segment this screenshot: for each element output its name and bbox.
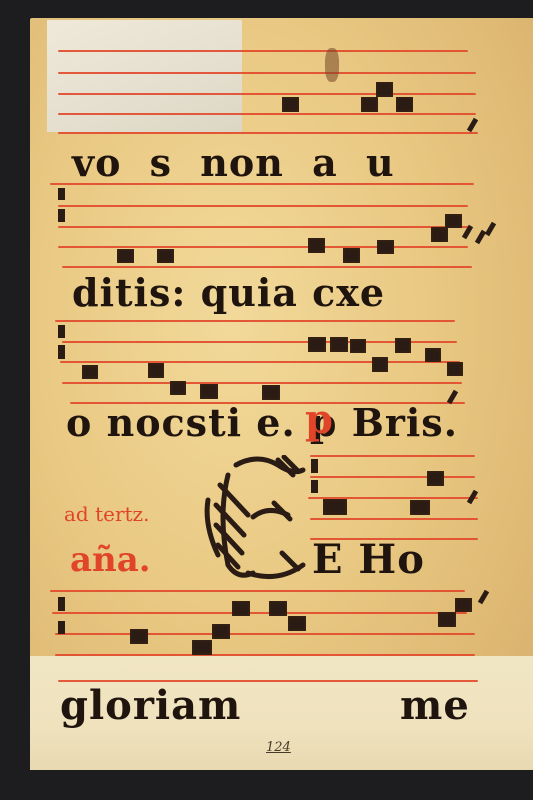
rubric-p-mark: p: [305, 396, 333, 443]
rubric-ad-tert: ad tertz.: [64, 502, 149, 526]
lyric-line-4: E Ho: [312, 536, 425, 583]
lyric-line-1: vo s non a u: [72, 140, 395, 185]
repair-patch-top: [47, 20, 242, 132]
lyric-line-5-left: gloriam: [60, 682, 241, 729]
decorated-initial-e-icon: [198, 455, 308, 585]
folio-number: 124: [266, 740, 291, 755]
lyric-line-3: o nocsti e. p Bris.: [66, 400, 458, 445]
rubric-antiphona: aña.: [70, 540, 151, 580]
lyric-line-5-right: me: [400, 682, 470, 729]
lyric-line-2: ditis: quia cxe: [72, 270, 385, 315]
